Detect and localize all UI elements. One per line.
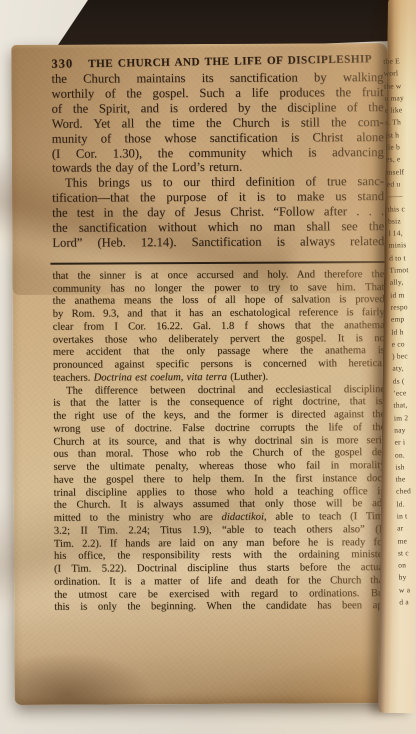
next-page-text-fragment: ) bec (392, 350, 416, 363)
next-page-text-fragment: d to t (389, 251, 416, 264)
text-line: tification—that the purpose of it is to … (52, 189, 384, 206)
next-page-text-fragment: by (398, 571, 416, 584)
next-page-text-fragment: st c (398, 546, 416, 559)
page-content: 330THE CHURCH AND THE LIFE OF DISCIPLESH… (51, 52, 386, 615)
text-line: munity of those whose sanctification is … (52, 130, 384, 147)
next-page-text-fragment: es, e (386, 153, 416, 166)
book-page: 330THE CHURCH AND THE LIFE OF DISCIPLESH… (11, 43, 390, 705)
next-page-text-fragment: ld h (391, 325, 416, 338)
next-page-text-fragment: ist h (385, 128, 416, 141)
text-line: the test in the day of Jesus Christ. “Fo… (52, 204, 384, 221)
next-page-text-fragment: worl (383, 67, 416, 80)
text-line: towards the day of the Lord’s return. (52, 159, 384, 176)
next-page-text-fragment: im 2 (394, 411, 416, 424)
next-page-text-fragment: this c (387, 202, 416, 215)
text-line: pronounced against specific persons is c… (53, 358, 385, 372)
next-page-text-fragment: respo (390, 300, 416, 313)
next-page-text-fragment: l 14, (388, 227, 416, 240)
next-page-text-fragment: e co (392, 337, 416, 350)
next-page-text-fragment: on (398, 559, 416, 572)
text-line: Lord” (Heb. 12.14). Sanctification is al… (52, 234, 384, 251)
next-page-text-fragment: minis (389, 239, 416, 252)
next-page-text-fragment: Timot (389, 264, 416, 277)
text-line: the sanctification without which no man … (52, 219, 384, 236)
next-page-text-fragments: the Eworlthe wu maye likes. Thist hile b… (383, 55, 416, 609)
next-page-text-fragment: ar (397, 522, 416, 535)
footnote-rule (50, 261, 386, 265)
next-page-text-fragment: er i (394, 436, 416, 449)
next-page-text-fragment: e like (385, 104, 416, 117)
next-page-text-fragment: emp (391, 313, 416, 326)
text-line: This brings us to our third definition o… (52, 174, 384, 191)
next-page-text-fragment: s. Th (385, 116, 416, 129)
next-page-text-fragment: the w (384, 79, 416, 92)
next-page-text-fragment: u may (384, 92, 416, 105)
book-photo: 330THE CHURCH AND THE LIFE OF DISCIPLESH… (0, 0, 416, 734)
next-page-text-fragment: ish (395, 460, 416, 473)
next-page-text-fragment: me (397, 534, 416, 547)
next-page-text-fragment: the (396, 473, 416, 486)
text-line: Word. Yet all the time the Church is sti… (52, 115, 384, 132)
next-page-text-fragment: ally, (390, 276, 416, 289)
next-page-text-fragment: bsiz (388, 214, 416, 227)
text-line: of the Spirit, and is ordered by the dis… (52, 100, 384, 117)
next-page-text-fragment: nay (394, 423, 416, 436)
text-line: (I Cor. 1.30), the community which is ad… (52, 145, 384, 162)
running-title: THE CHURCH AND THE LIFE OF DISCIPLESHIP (88, 53, 372, 70)
text-line: the Church maintains its sanctification … (51, 70, 383, 87)
page-number: 330 (51, 56, 73, 70)
next-page-text-fragment: d a (399, 595, 416, 608)
next-page-text-fragment: that, (393, 399, 416, 412)
next-page-text-fragment: ds ( (393, 374, 416, 387)
text-line: this is only the beginning. When the can… (54, 600, 386, 614)
next-page-text-fragment: id m (390, 288, 416, 301)
next-page-text-fragment: ched (396, 485, 416, 498)
next-page-text-fragment: ld. (396, 497, 416, 510)
next-page-text-fragment: aty, (392, 362, 416, 375)
next-page-text-fragment: in t (397, 509, 416, 522)
body-text: the Church maintains its sanctification … (51, 70, 384, 251)
next-page-text-fragment: on. (395, 448, 416, 461)
next-page-text-fragment: —— (387, 190, 416, 203)
next-page-text-fragment: mself (386, 165, 416, 178)
next-page-text-fragment: the E (383, 55, 416, 68)
next-page-text-fragment: w a (399, 583, 416, 596)
next-page-text-fragment: ed u (387, 178, 416, 191)
next-page-edge: the Eworlthe wu maye likes. Thist hile b… (378, 0, 416, 713)
text-line: worthily of the gospel. Such a life prod… (51, 85, 383, 102)
next-page-text-fragment: ile b (386, 141, 416, 154)
next-page-text-fragment: ’ece (393, 387, 416, 400)
footnote-text: that the sinner is at once accursed and … (52, 269, 386, 615)
